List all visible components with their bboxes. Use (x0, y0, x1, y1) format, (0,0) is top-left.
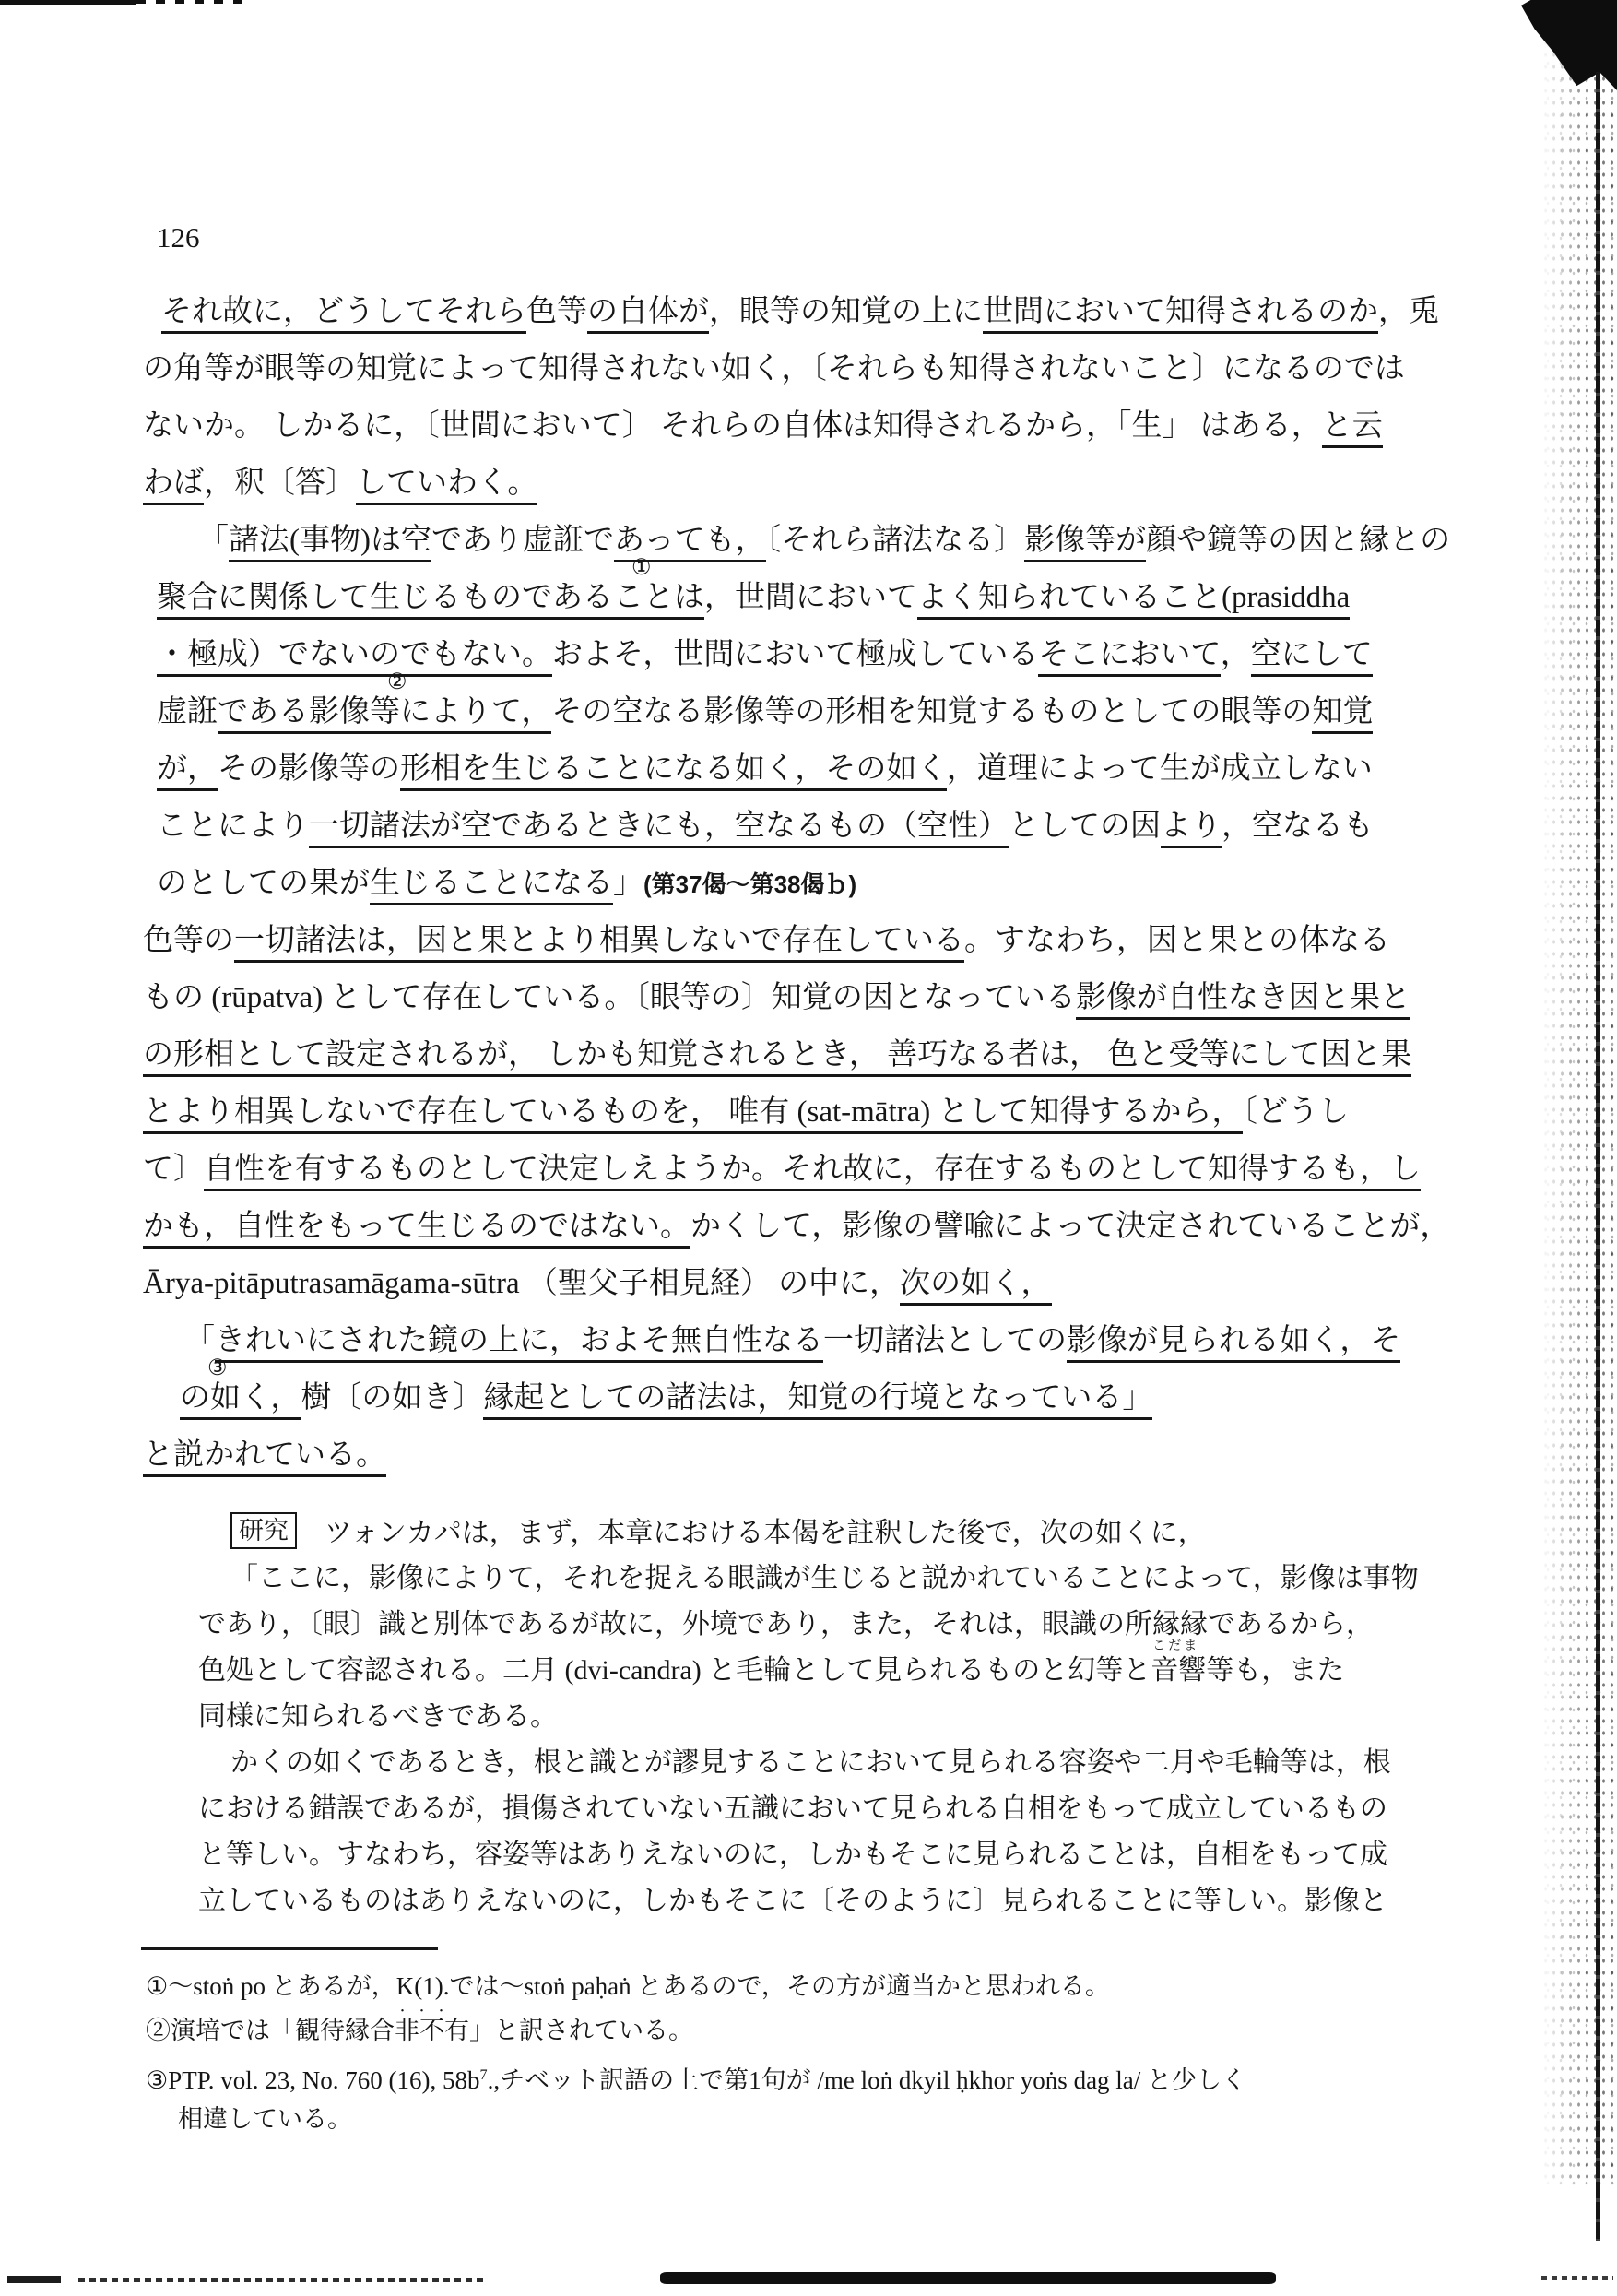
text-segment: 〔どうし (1243, 1095, 1350, 1129)
footnote-block: ①～stoṅ po とあるが，K(1).では～stoṅ paḥaṅ とあるので，… (146, 1968, 1482, 2145)
text-line: の形相として設定されるが， しかも知覚されるとき， 善巧なる者は， 色と受等にし… (143, 1031, 1512, 1088)
text-segment: であり虚誑で (431, 524, 614, 557)
text-segment: ②演培では「観待縁合 (146, 2017, 395, 2044)
text-segment: それ故に，どうしてそれら (161, 295, 526, 334)
text-line: もの (rūpatva) として存在している。〔眼等の〕知覚の因となっている影像… (143, 974, 1512, 1031)
text-segment: の如く， (180, 1381, 301, 1420)
text-line: ②演培では「観待縁合非不有・・・」と訳されている。 (146, 2012, 1482, 2056)
text-segment: およそ，世間において極成している (552, 638, 1038, 671)
text-segment: 縁起としての諸法は，知覚の行境となっている」 (483, 1381, 1152, 1420)
text-segment: 。すなわち，因と果との体なる (964, 924, 1390, 957)
text-line: かも，自性をもって生じるのではない。かくして，影像の譬喩によって決定されているこ… (143, 1202, 1512, 1260)
text-segment: 一切諸法としての (823, 1324, 1067, 1357)
text-segment: ツォンカパは，まず，本章における本偈を註釈した後で，次の如くに， (325, 1518, 1206, 1548)
text-segment: 〔それら諸法なる〕 (766, 524, 1025, 557)
page-number: 126 (157, 221, 200, 254)
text-segment: と説かれている。 (143, 1438, 386, 1477)
scan-bottom-artifact (1541, 2276, 1613, 2280)
text-segment: 聚合に関係して生じるものであることは (157, 581, 704, 620)
text-line: 研究ツォンカパは，まず，本章における本偈を註釈した後で，次の如くに， (198, 1512, 1507, 1558)
text-segment: における錯誤であるが，損傷されていない五識において見られる自相をもって成立してい… (198, 1793, 1387, 1824)
text-line: 「諸法(事物)は空であり虚誑であっても，〔それら諸法なる〕影像等が顔や鏡等の因と… (143, 516, 1512, 574)
text-segment: 諸法(事物)は空 (229, 524, 431, 562)
text-segment: 影像等が (1024, 524, 1146, 562)
text-segment: 世間において知得されるのか (983, 295, 1378, 334)
text-segment: ことにより (157, 810, 309, 843)
text-segment: かくして，影像の譬喩によって決定されていることが， (690, 1210, 1450, 1243)
text-segment: もの (rūpatva) として存在している。〔眼等の〕知覚の因となっている (143, 981, 1076, 1014)
text-segment: 同様に知られるべきである。 (198, 1701, 558, 1732)
text-segment: 顔や鏡等の因と縁との (1146, 524, 1450, 557)
text-segment: ，兎 (1378, 295, 1439, 328)
text-line: における錯誤であるが，損傷されていない五識において見られる自相をもって成立してい… (198, 1789, 1507, 1835)
text-segment: 「 (198, 524, 229, 557)
text-segment: 立しているものはありえないのに，しかもそこに〔そのように〕見られることに等しい。… (198, 1886, 1387, 1916)
emphasis-dots: ・・・ (396, 2005, 454, 2018)
text-segment: ないか。 しかるに，〔世間において〕 それらの自体は知得されるから，「生」 はあ… (143, 409, 1322, 443)
text-segment: て〕 (143, 1153, 204, 1186)
text-segment: 影像が見られる如く，そ (1067, 1324, 1400, 1363)
text-line: Ārya-pitāputrasamāgama-sūtra （聖父子相見経） の中… (143, 1260, 1512, 1317)
scan-binding-line-artifact (1596, 72, 1600, 2241)
text-segment: Ārya-pitāputrasamāgama-sūtra （聖父子相見経） の中… (143, 1267, 900, 1300)
text-segment: 空なるもの（空性） (735, 810, 1009, 848)
text-segment: よく知られていること(prasiddha (917, 581, 1350, 620)
text-segment: 7 (479, 2066, 487, 2083)
text-line: 同様に知られるべきである。 (198, 1697, 1507, 1743)
text-line: 色等の一切諸法は，因と果とより相異しないで存在している。すなわち，因と果との体な… (143, 917, 1512, 974)
text-segment: の角等が眼等の知覚によって知得されない如く，〔それらも知得されないこと〕になるの… (143, 352, 1405, 385)
text-segment: 「 (184, 1324, 215, 1357)
text-segment: かくの如くであるとき，根と識とが謬見することにおいて見られる容姿や二月や毛輪等は… (230, 1747, 1391, 1778)
text-segment: 」 (613, 867, 643, 900)
text-segment: きれいにされた鏡の上に，およそ無自性なる (215, 1324, 823, 1363)
scan-bottom-artifact (78, 2278, 484, 2282)
text-segment: 色処として容認される。二月 (dvi-candra) と毛輪として見られるものと… (198, 1655, 1151, 1686)
text-segment: 生じることになる (370, 867, 613, 905)
text-segment: と等しい。すなわち，容姿等はありえないのに，しかもそこに見られることは，自相をも… (198, 1840, 1387, 1870)
text-segment: としての因 (1009, 810, 1161, 843)
text-segment: 知覚 (1312, 695, 1373, 734)
text-segment: が， (157, 752, 218, 791)
text-line: それ故に，どうしてそれら色等の自体が，眼等の知覚の上に世間において知得されるのか… (143, 288, 1512, 345)
text-segment: その影像等の (218, 752, 400, 786)
text-segment: していわく。 (356, 467, 537, 505)
footnote-divider (141, 1947, 438, 1950)
scan-bottom-artifact (660, 2272, 1276, 2284)
text-segment: 自性を有するものとして決定しえようか。それ故に，存在するものとして知得するも，し (204, 1153, 1421, 1191)
text-line: であり，〔眼〕識と別体であるが故に，外境であり，また，それは，眼識の所縁縁である… (198, 1604, 1507, 1651)
scan-bottom-artifact (7, 2276, 61, 2283)
kenkyu-label: 研究 (230, 1512, 297, 1549)
text-line: が，その影像等の形相を生じることになる如く，その如く，道理によって生が成立しない (143, 745, 1512, 802)
text-segment: そこにおいて (1038, 638, 1220, 677)
text-line: 聚合に関係して生じるものであることは，世間においてよく知られていること(pras… (143, 574, 1512, 631)
text-line: 虚誑である影像等によりて，その空なる影像等の形相を知覚するものとしての眼等の知覚 (143, 688, 1512, 745)
text-line: と説かれている。 (143, 1431, 1512, 1488)
text-segment: 一切諸法は，因と果とより相異しないで存在している (234, 924, 964, 963)
text-line: ないか。 しかるに，〔世間において〕 それらの自体は知得されるから，「生」 はあ… (143, 402, 1512, 459)
main-text-block: それ故に，どうしてそれら色等の自体が，眼等の知覚の上に世間において知得されるのか… (143, 288, 1512, 1488)
text-segment: (第37偈～第38偈ｂ) (643, 870, 856, 898)
text-segment: ③PTP. vol. 23, No. 760 (16), 58b (146, 2066, 479, 2094)
text-line: ③PTP. vol. 23, No. 760 (16), 58b7.,チベット訳… (146, 2056, 1482, 2101)
scan-right-noise-band (1541, 37, 1617, 2185)
text-segment: 色等の (143, 924, 234, 957)
text-segment: 「ここに，影像によりて，それを捉える眼識が生じると説かれていることによって，影像… (230, 1563, 1419, 1593)
text-segment: である影像等によりて， (218, 695, 551, 734)
text-segment: 樹〔の如き〕 (301, 1381, 483, 1414)
text-segment: ，空なるも (1222, 810, 1374, 843)
text-segment: 色等 (526, 295, 587, 328)
text-line: 「ここに，影像によりて，それを捉える眼識が生じると説かれていることによって，影像… (198, 1558, 1507, 1604)
text-segment: の自体が (587, 295, 709, 334)
text-segment: の形相として設定されるが， しかも知覚されるとき， 善巧なる者は， 色と受等にし… (143, 1038, 1411, 1077)
text-segment: ，道理によって生が成立しない (947, 752, 1373, 786)
scan-top-edge-artifact (0, 0, 136, 5)
scanned-page: 126 それ故に，どうしてそれら色等の自体が，眼等の知覚の上に世間において知得さ… (0, 0, 1617, 2296)
text-line: かくの如くであるとき，根と識とが謬見することにおいて見られる容姿や二月や毛輪等は… (198, 1743, 1507, 1789)
text-line: 色処として容認される。二月 (dvi-candra) と毛輪として見られるものと… (198, 1651, 1507, 1697)
text-line: て〕自性を有するものとして決定しえようか。それ故に，存在するものとして知得するも… (143, 1145, 1512, 1202)
text-segment: ，釈〔答〕 (204, 467, 356, 500)
text-segment: ，眼等の知覚の上に (709, 295, 983, 328)
text-segment: 次の如く， (900, 1267, 1051, 1306)
text-segment: とより相異しないで存在しているものを， 唯有 (sat-mātra) として知得… (143, 1095, 1243, 1134)
kenkyu-section: 研究ツォンカパは，まず，本章における本偈を註釈した後で，次の如くに，「ここに，影… (198, 1512, 1507, 1927)
text-segment: わば (143, 467, 204, 505)
text-segment: 」と訳されている。 (469, 2017, 693, 2044)
scan-top-edge-dashes (136, 0, 252, 4)
text-line: わば，釈〔答〕していわく。 (143, 459, 1512, 516)
text-line: ①～stoṅ po とあるが，K(1).では～stoṅ paḥaṅ とあるので，… (146, 1968, 1482, 2012)
furigana: こだま (1152, 1640, 1199, 1653)
text-segment: と云 (1322, 409, 1383, 448)
text-segment: ，世間において (704, 581, 917, 614)
text-line: の角等が眼等の知覚によって知得されない如く，〔それらも知得されないこと〕になるの… (143, 345, 1512, 402)
text-segment: ①～stoṅ po とあるが，K(1).では～stoṅ paḥaṅ とあるので，… (146, 1972, 1110, 2000)
text-segment: ・極成）でないのでもない。 (157, 638, 552, 677)
text-segment: .,チベット訳語の上で第1句が /me loṅ dkyil ḥkhor yoṅs… (488, 2066, 1246, 2094)
text-line: ことにより一切諸法が空であるときにも，空なるもの（空性）としての因より，空なるも (143, 802, 1512, 859)
text-segment: 空にして (1251, 638, 1373, 677)
text-line: のとしての果が生じることになる」(第37偈～第38偈ｂ) (143, 859, 1512, 917)
text-line: 立しているものはありえないのに，しかもそこに〔そのように〕見られることに等しい。… (198, 1881, 1507, 1927)
text-segment: のとしての果が (157, 867, 370, 900)
text-segment: より (1161, 810, 1222, 848)
text-segment: 虚誑 (157, 695, 218, 728)
text-line: とより相異しないで存在しているものを， 唯有 (sat-mātra) として知得… (143, 1088, 1512, 1145)
text-segment: ， (1221, 638, 1251, 671)
text-segment: 形相を生じることになる如く，その如く (400, 752, 947, 791)
text-segment: 等も，また (1206, 1655, 1344, 1686)
text-line: 「きれいにされた鏡の上に，およそ無自性なる一切諸法としての影像が見られる如く，そ… (143, 1317, 1512, 1374)
text-segment: 相違している。 (178, 2105, 352, 2133)
text-segment: かも，自性をもって生じるのではない。 (143, 1210, 690, 1249)
text-segment: 非不有・・・ (395, 2017, 469, 2044)
text-segment: であり，〔眼〕識と別体であるが故に，外境であり，また，それは，眼識の所縁縁である… (198, 1609, 1374, 1639)
text-segment: 一切諸法が空であるときにも， (309, 810, 735, 848)
text-line: ・極成）でないのでもない。およそ，世間において極成しているそこにおいて，空にして… (143, 631, 1512, 688)
text-line: 相違している。 (146, 2101, 1482, 2145)
text-segment: 影像が自性なき因と果と (1076, 981, 1410, 1020)
text-segment: その空なる影像等の形相を知覚するものとしての眼等の (551, 695, 1312, 728)
text-segment: 音響こだま (1151, 1655, 1206, 1686)
text-line: と等しい。すなわち，容姿等はありえないのに，しかもそこに見られることは，自相をも… (198, 1835, 1507, 1881)
text-line: の如く，樹〔の如き〕縁起としての諸法は，知覚の行境となっている」 (143, 1374, 1512, 1431)
